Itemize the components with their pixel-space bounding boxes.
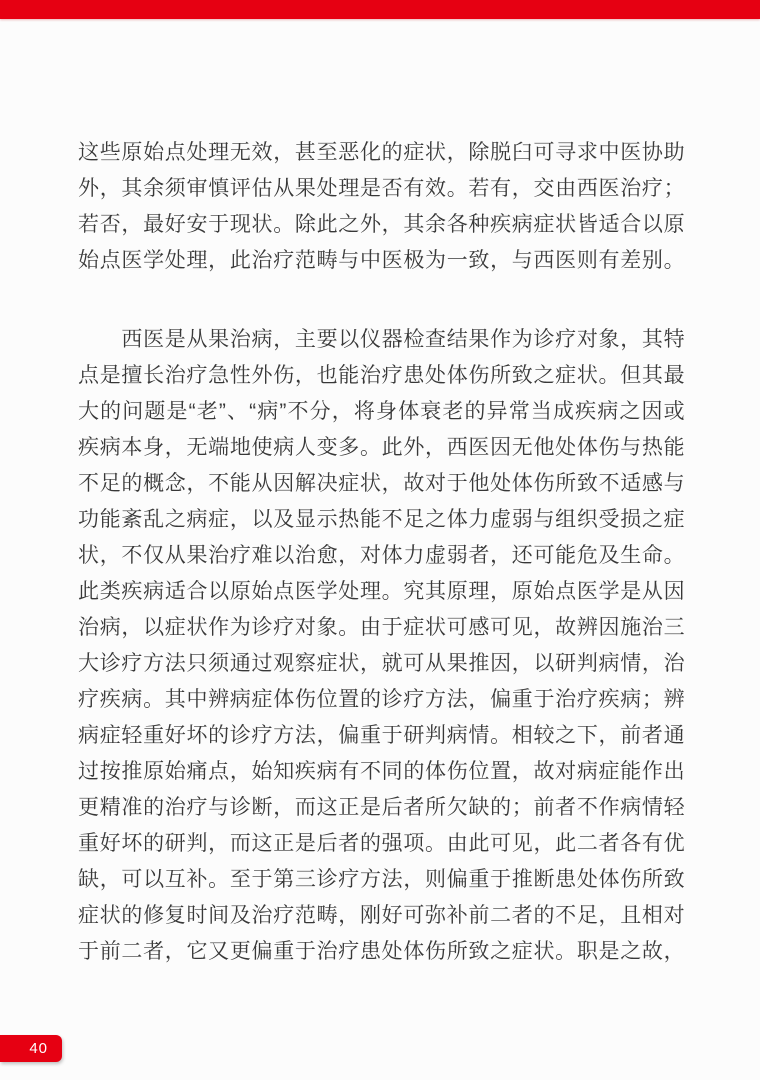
text-line: 状，不仅从果治疗难以治愈，对体力虚弱者，还可能危及生命。 (78, 538, 685, 574)
text-line: 过按推原始痛点，始知疾病有不同的体伤位置，故对病症能作出 (78, 754, 685, 790)
top-accent-bar (0, 0, 760, 19)
text-line: 疗疾病。其中辨病症体伤位置的诊疗方法，偏重于治疗疾病；辨 (78, 682, 685, 718)
text-line: 点是擅长治疗急性外伤，也能治疗患处体伤所致之症状。但其最 (78, 358, 685, 394)
text-line: 缺，可以互补。至于第三诊疗方法，则偏重于推断患处体伤所致 (78, 862, 685, 898)
text-line: 大诊疗方法只须通过观察症状，就可从果推因，以研判病情，治 (78, 646, 685, 682)
page-number-badge: 40 (0, 1035, 62, 1062)
text-line: 重好坏的研判，而这正是后者的强项。由此可见，此二者各有优 (78, 826, 685, 862)
text-line: 外，其余须审慎评估从果处理是否有效。若有，交由西医治疗； (78, 171, 685, 207)
paragraph-1: 这些原始点处理无效，甚至恶化的症状，除脱臼可寻求中医协助外，其余须审慎评估从果处… (78, 135, 685, 279)
paragraph-2: 西医是从果治病，主要以仪器检查结果作为诊疗对象，其特点是擅长治疗急性外伤，也能治… (78, 322, 685, 970)
text-line: 病症轻重好坏的诊疗方法，偏重于研判病情。相较之下，前者通 (78, 718, 685, 754)
text-line: 于前二者，它又更偏重于治疗患处体伤所致之症状。职是之故， (78, 934, 685, 970)
text-line: 始点医学处理，此治疗范畴与中医极为一致，与西医则有差别。 (78, 243, 685, 279)
text-line: 治病，以症状作为诊疗对象。由于症状可感可见，故辨因施治三 (78, 610, 685, 646)
text-line: 这些原始点处理无效，甚至恶化的症状，除脱臼可寻求中医协助 (78, 135, 685, 171)
page-body-text: 这些原始点处理无效，甚至恶化的症状，除脱臼可寻求中医协助外，其余须审慎评估从果处… (78, 135, 685, 970)
text-line: 西医是从果治病，主要以仪器检查结果作为诊疗对象，其特 (78, 322, 685, 358)
text-line: 更精准的治疗与诊断，而这正是后者所欠缺的；前者不作病情轻 (78, 790, 685, 826)
page-number: 40 (29, 1040, 48, 1057)
text-line: 不足的概念，不能从因解决症状，故对于他处体伤所致不适感与 (78, 466, 685, 502)
text-line: 若否，最好安于现状。除此之外，其余各种疾病症状皆适合以原 (78, 207, 685, 243)
text-line: 功能紊乱之病症，以及显示热能不足之体力虚弱与组织受损之症 (78, 502, 685, 538)
text-line: 疾病本身，无端地使病人变多。此外，西医因无他处体伤与热能 (78, 430, 685, 466)
text-line: 此类疾病适合以原始点医学处理。究其原理，原始点医学是从因 (78, 574, 685, 610)
text-line: 大的问题是“老”、“病”不分，将身体衰老的异常当成疾病之因或 (78, 394, 685, 430)
document-page: 这些原始点处理无效，甚至恶化的症状，除脱臼可寻求中医协助外，其余须审慎评估从果处… (0, 0, 760, 1080)
text-line: 症状的修复时间及治疗范畴，刚好可弥补前二者的不足，且相对 (78, 898, 685, 934)
